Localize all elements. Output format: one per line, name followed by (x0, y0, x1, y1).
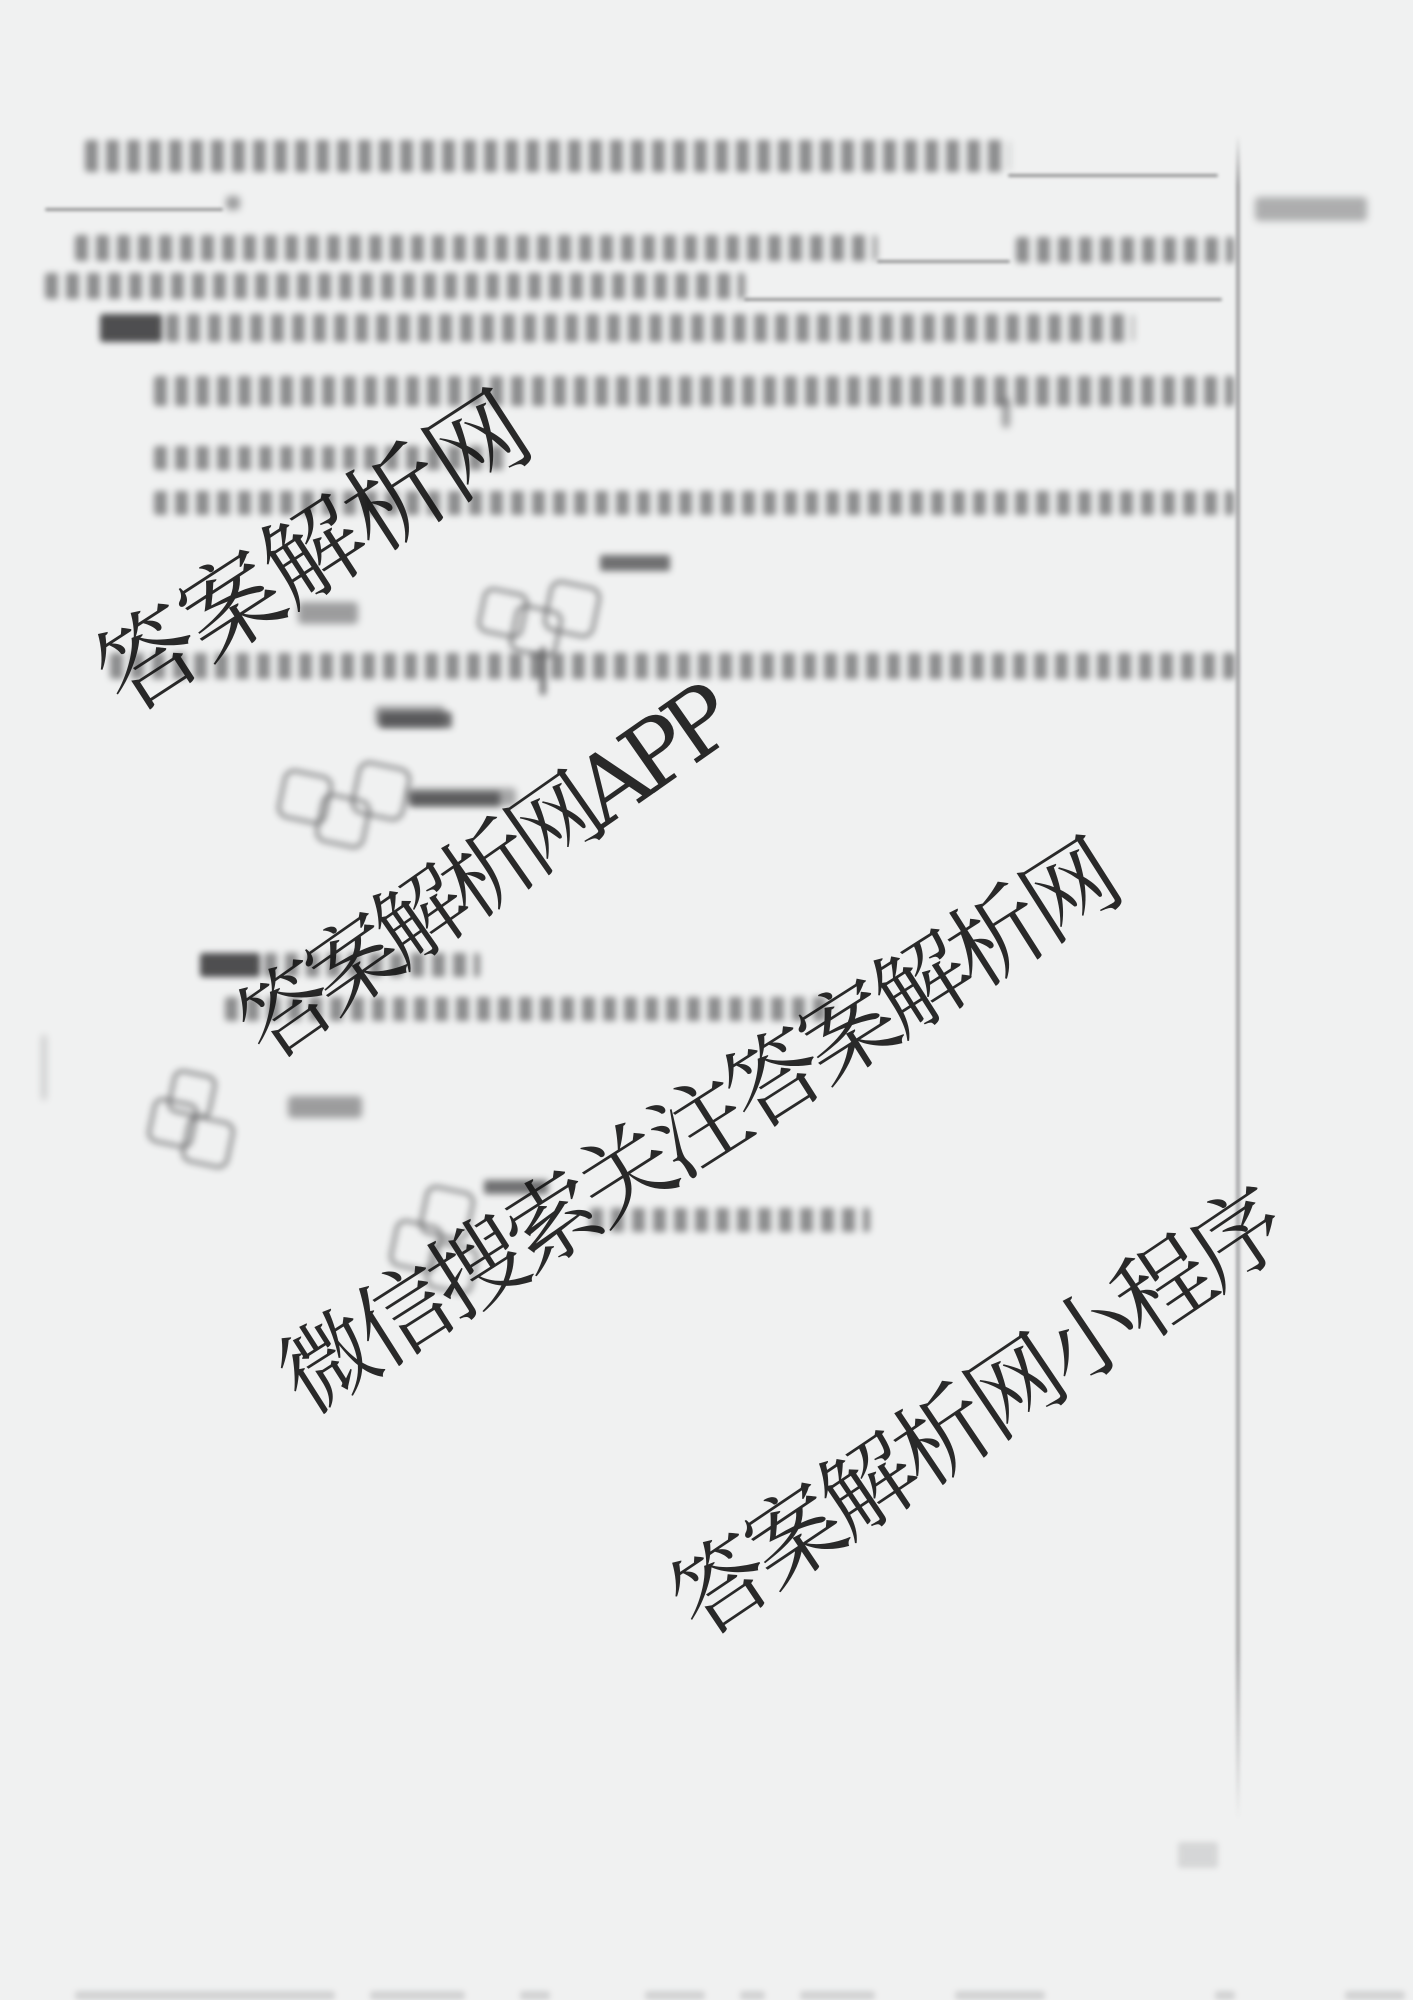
bottom-edge-smudge-3 (520, 1991, 550, 2000)
benzene-ring-3 (349, 759, 413, 823)
blurred-formula-fragment-7 (42, 1035, 46, 1100)
answer-blank-underline-2 (45, 208, 223, 211)
bottom-edge-smudge-4 (645, 1991, 705, 2000)
scanned-exam-page: 答案解析网答案解析网APP微信搜索关注答案解析网答案解析网小程序 (0, 0, 1413, 2000)
blurred-text-line-2 (1016, 237, 1234, 263)
margin-vertical-rule (1236, 135, 1240, 1820)
blurred-formula-fragment-4 (288, 1096, 362, 1118)
margin-lower-smudge (1178, 1842, 1218, 1868)
structure-substituent-2 (410, 792, 500, 806)
bottom-edge-smudge-9 (1345, 1991, 1405, 2000)
bottom-edge-smudge-7 (955, 1991, 1045, 2000)
bottom-edge-smudge-8 (1215, 1991, 1235, 2000)
blurred-text-line-5 (100, 314, 162, 342)
benzene-ring-2 (180, 1114, 237, 1171)
blurred-text-line-6 (166, 314, 1134, 342)
blurred-formula-fragment-5 (226, 196, 240, 210)
blurred-text-line-3 (75, 235, 877, 261)
structure-substituent-2 (540, 647, 546, 695)
answer-blank-underline-3 (877, 260, 1010, 263)
bottom-edge-smudge-5 (740, 1991, 765, 2000)
answer-blank-underline-1 (1008, 174, 1218, 177)
structure-substituent-1 (600, 555, 670, 571)
benzene-ring-3 (541, 578, 603, 640)
bottom-edge-smudge-2 (370, 1991, 465, 2000)
answer-blank-underline-4 (744, 298, 1222, 301)
blurred-chem-structure-1 (480, 555, 680, 655)
bottom-edge-smudge-6 (800, 1991, 875, 2000)
blurred-formula-fragment-6 (1002, 398, 1010, 428)
blurred-margin-note (1255, 197, 1367, 221)
benzene-ring-3 (166, 1068, 218, 1120)
watermark-answer-site-miniprogram: 答案解析网小程序 (656, 1176, 1299, 1653)
blurred-chem-structure-3 (150, 1072, 260, 1164)
blurred-text-line-4 (45, 273, 745, 299)
bottom-edge-smudge-1 (75, 1991, 335, 2000)
structure-substituent-1 (380, 712, 452, 728)
blurred-text-line-7 (154, 376, 1234, 406)
blurred-text-line-1 (85, 140, 1010, 172)
